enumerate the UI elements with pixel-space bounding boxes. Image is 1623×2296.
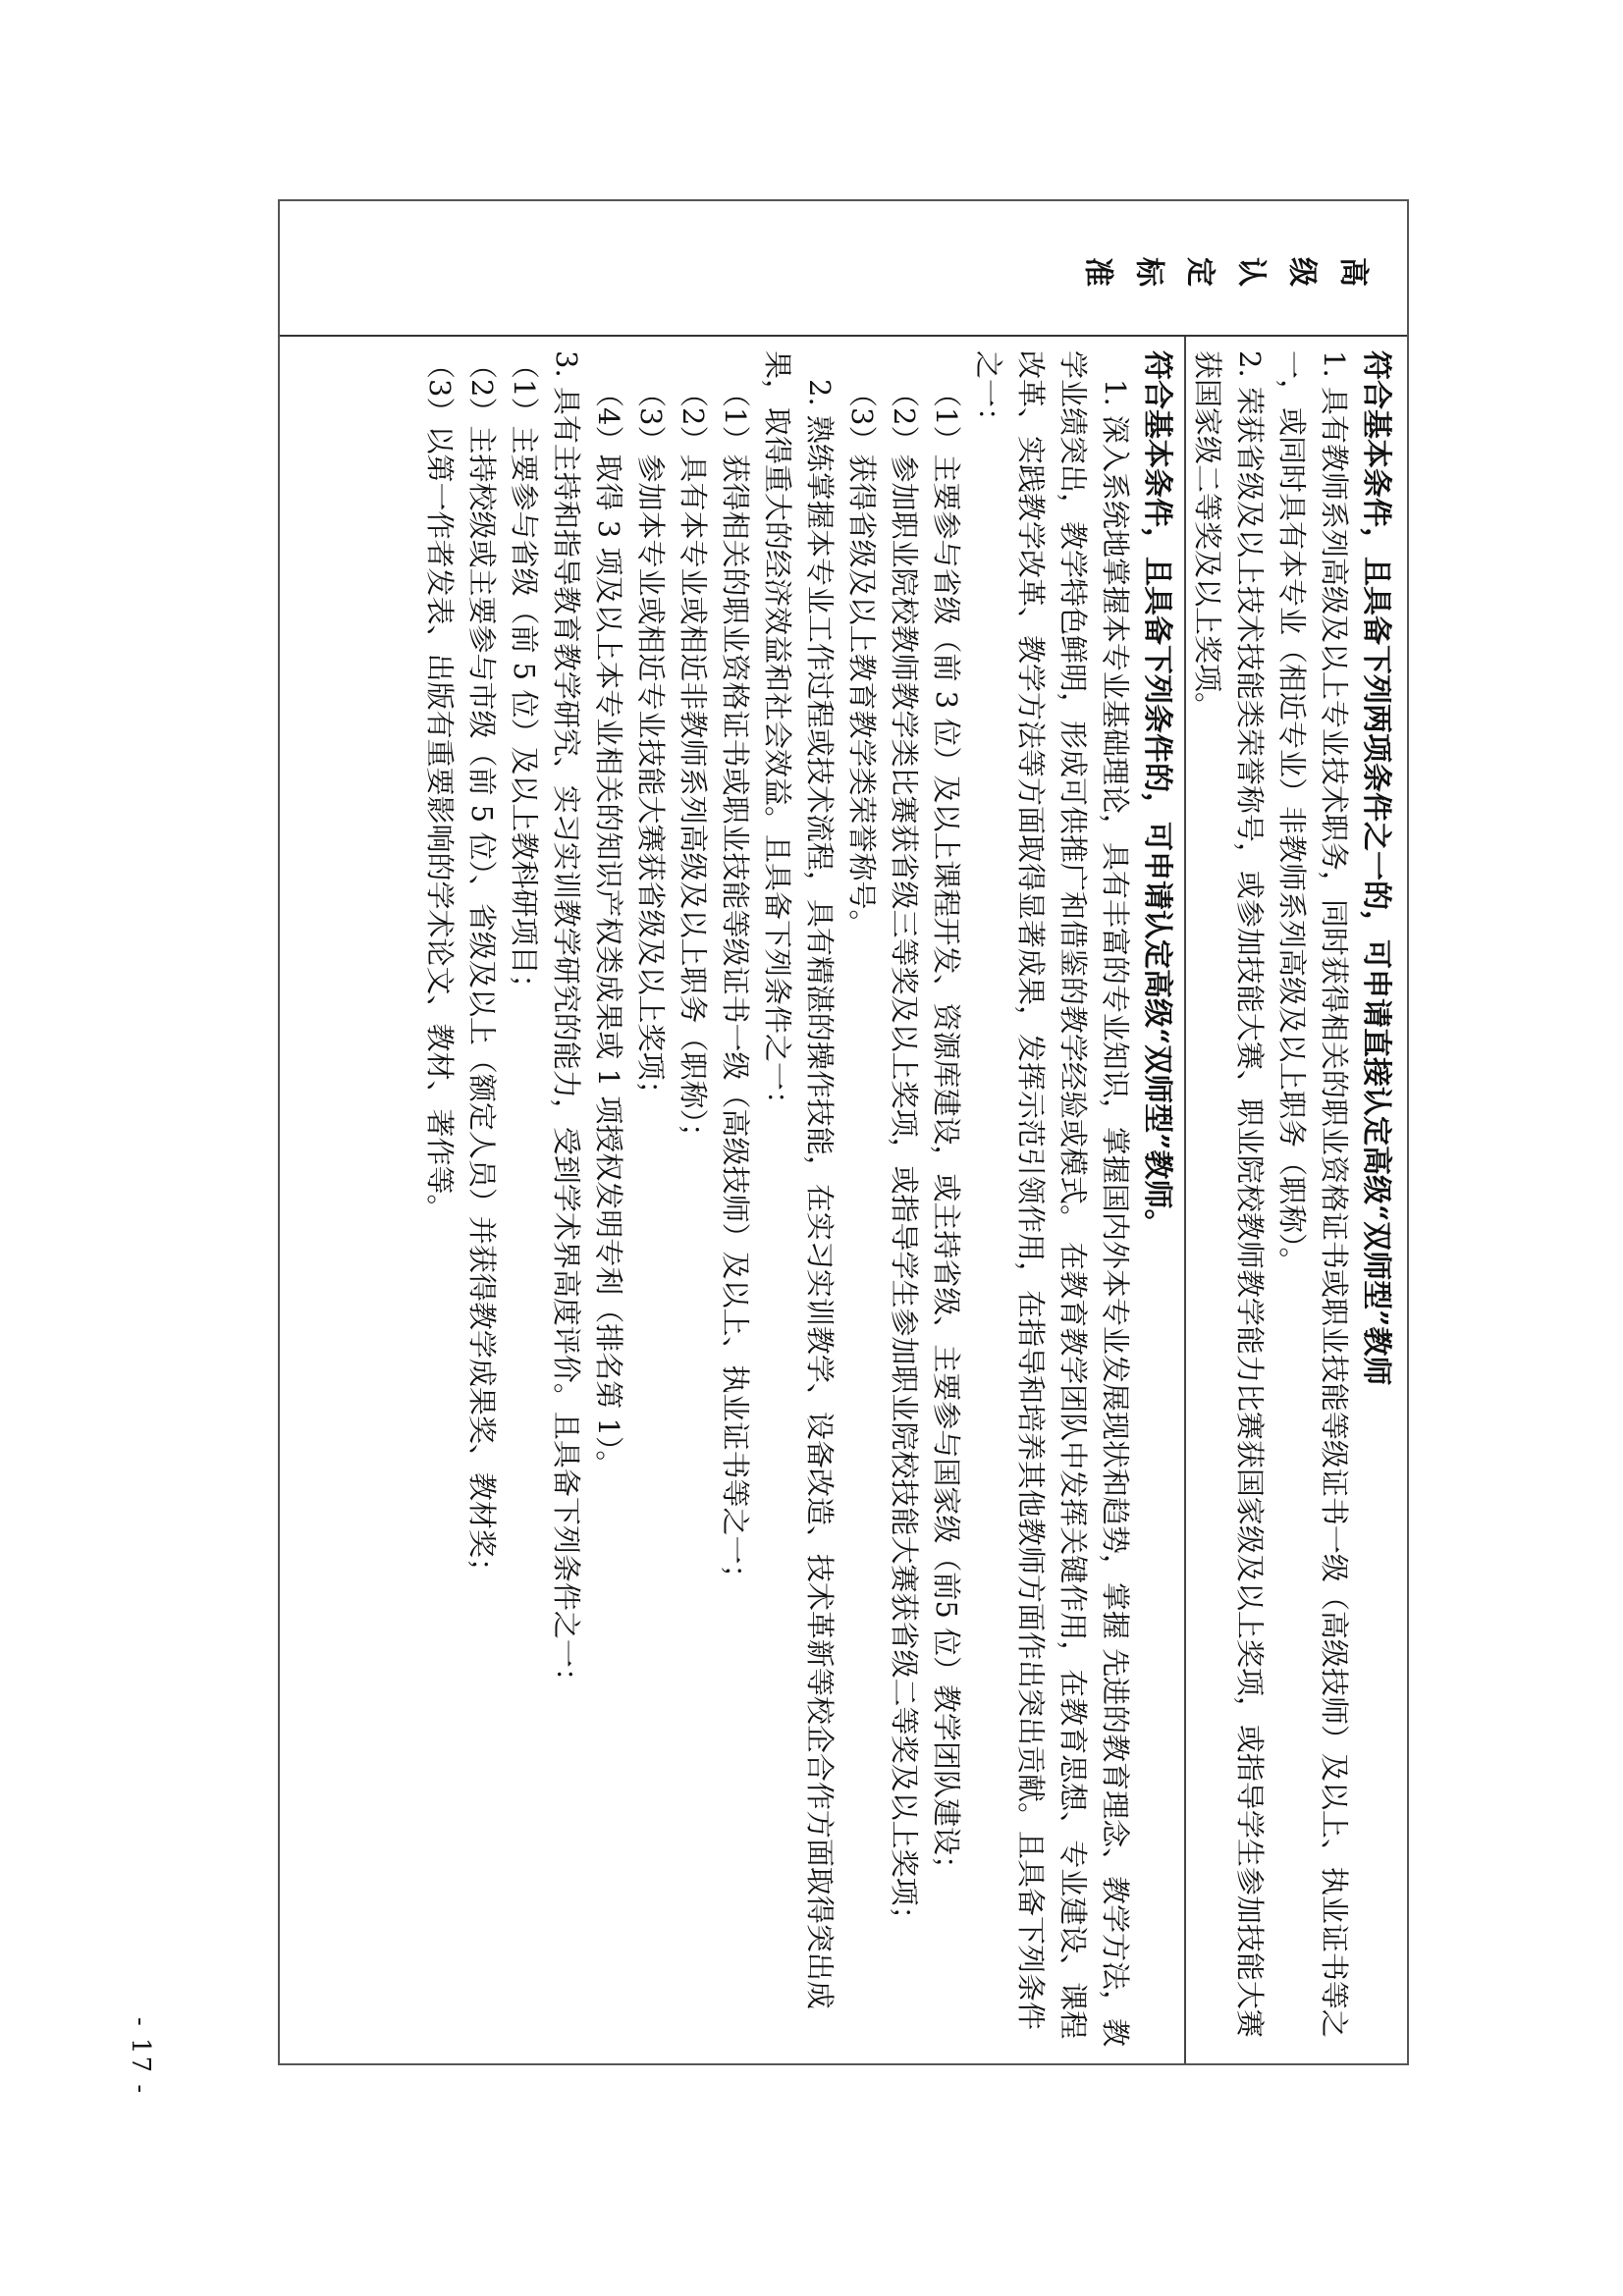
condition-3-sub-3: （3）以第一作者发表、出版有重要影响的学术论文、教材、著作等。 [418,350,460,2050]
condition-3-sub-2: （2）主持校级或主要参与市级（前 5 位）、省级及以上（额定人员）并获得教学成果… [460,350,503,2050]
direct-condition-1: 1. 具有教师系列高级及以上专业技术职务，同时获得相关的职业资格证书或职业技能等… [1271,350,1355,2050]
application-recognition-section: 符合基本条件，且具备下列条件的，可申请认定高级“双师型”教师。 1. 深入系统地… [280,337,1184,2063]
document-page: 高级认定标准 符合基本条件，且具备下列两项条件之一的，可申请直接认定高级“双师型… [0,0,1623,2296]
condition-2-sub-4: （4）取得 3 项及以上本专业相关的知识产权类成果或 1 项授权发明专利（排名第… [587,350,629,2050]
table-header-label: 高级认定标准 [1063,253,1370,283]
condition-3-sub-1: （1）主要参与省级（前 5 位）及以上教科研项目； [503,350,545,2050]
condition-2-sub-1: （1）获得相关的职业资格证书或职业技能等级证书一级（高级技师）及以上、执业证书等… [714,350,756,2050]
condition-1-sub-2: （2）参加职业院校教师教学类比赛获省级三等奖及以上奖项，或指导学生参加职业院校技… [883,350,925,2050]
condition-3-text: 3. 具有主持和指导教育教学研究、实习实训教学研究的能力，受到学术界高度评价。且… [545,350,587,2050]
condition-1-sub-3: （3）获得省级及以上教育教学类荣誉称号。 [840,350,883,2050]
direct-recognition-lead: 符合基本条件，且具备下列两项条件之一的，可申请直接认定高级“双师型”教师 [1355,350,1397,2050]
page-number: - 17 - [126,2017,155,2095]
condition-2-text: 2. 熟练掌握本专业工作过程或技术流程，具有精湛的操作技能，在实习实训教学、设备… [756,350,840,2050]
condition-2-sub-2: （2）具有本专业或相近非教师系列高级及以上职务（职称）； [672,350,714,2050]
condition-2-sub-3: （3）参加本专业或相近专业技能大赛获省级及以上奖项； [629,350,672,2050]
direct-condition-2: 2. 荣获省级及以上技术技能类荣誉称号，或参加技能大赛、职业院校教师教学能力比赛… [1186,350,1271,2050]
condition-1-text: 1. 深入系统地掌握本专业基础理论，具有丰富的专业知识，掌握国内外本专业发展现状… [967,350,1136,2050]
table-content-cell: 符合基本条件，且具备下列两项条件之一的，可申请直接认定高级“双师型”教师 1. … [280,337,1407,2063]
condition-1-sub-1: （1）主要参与省级（前 3 位）及以上课程开发、资源库建设，或主持省级、主要参与… [925,350,967,2050]
criteria-table: 高级认定标准 符合基本条件，且具备下列两项条件之一的，可申请直接认定高级“双师型… [278,199,1409,2065]
application-lead: 符合基本条件，且具备下列条件的，可申请认定高级“双师型”教师。 [1136,350,1178,2050]
table-header-cell: 高级认定标准 [280,201,1407,337]
direct-recognition-section: 符合基本条件，且具备下列两项条件之一的，可申请直接认定高级“双师型”教师 1. … [1184,337,1407,2063]
